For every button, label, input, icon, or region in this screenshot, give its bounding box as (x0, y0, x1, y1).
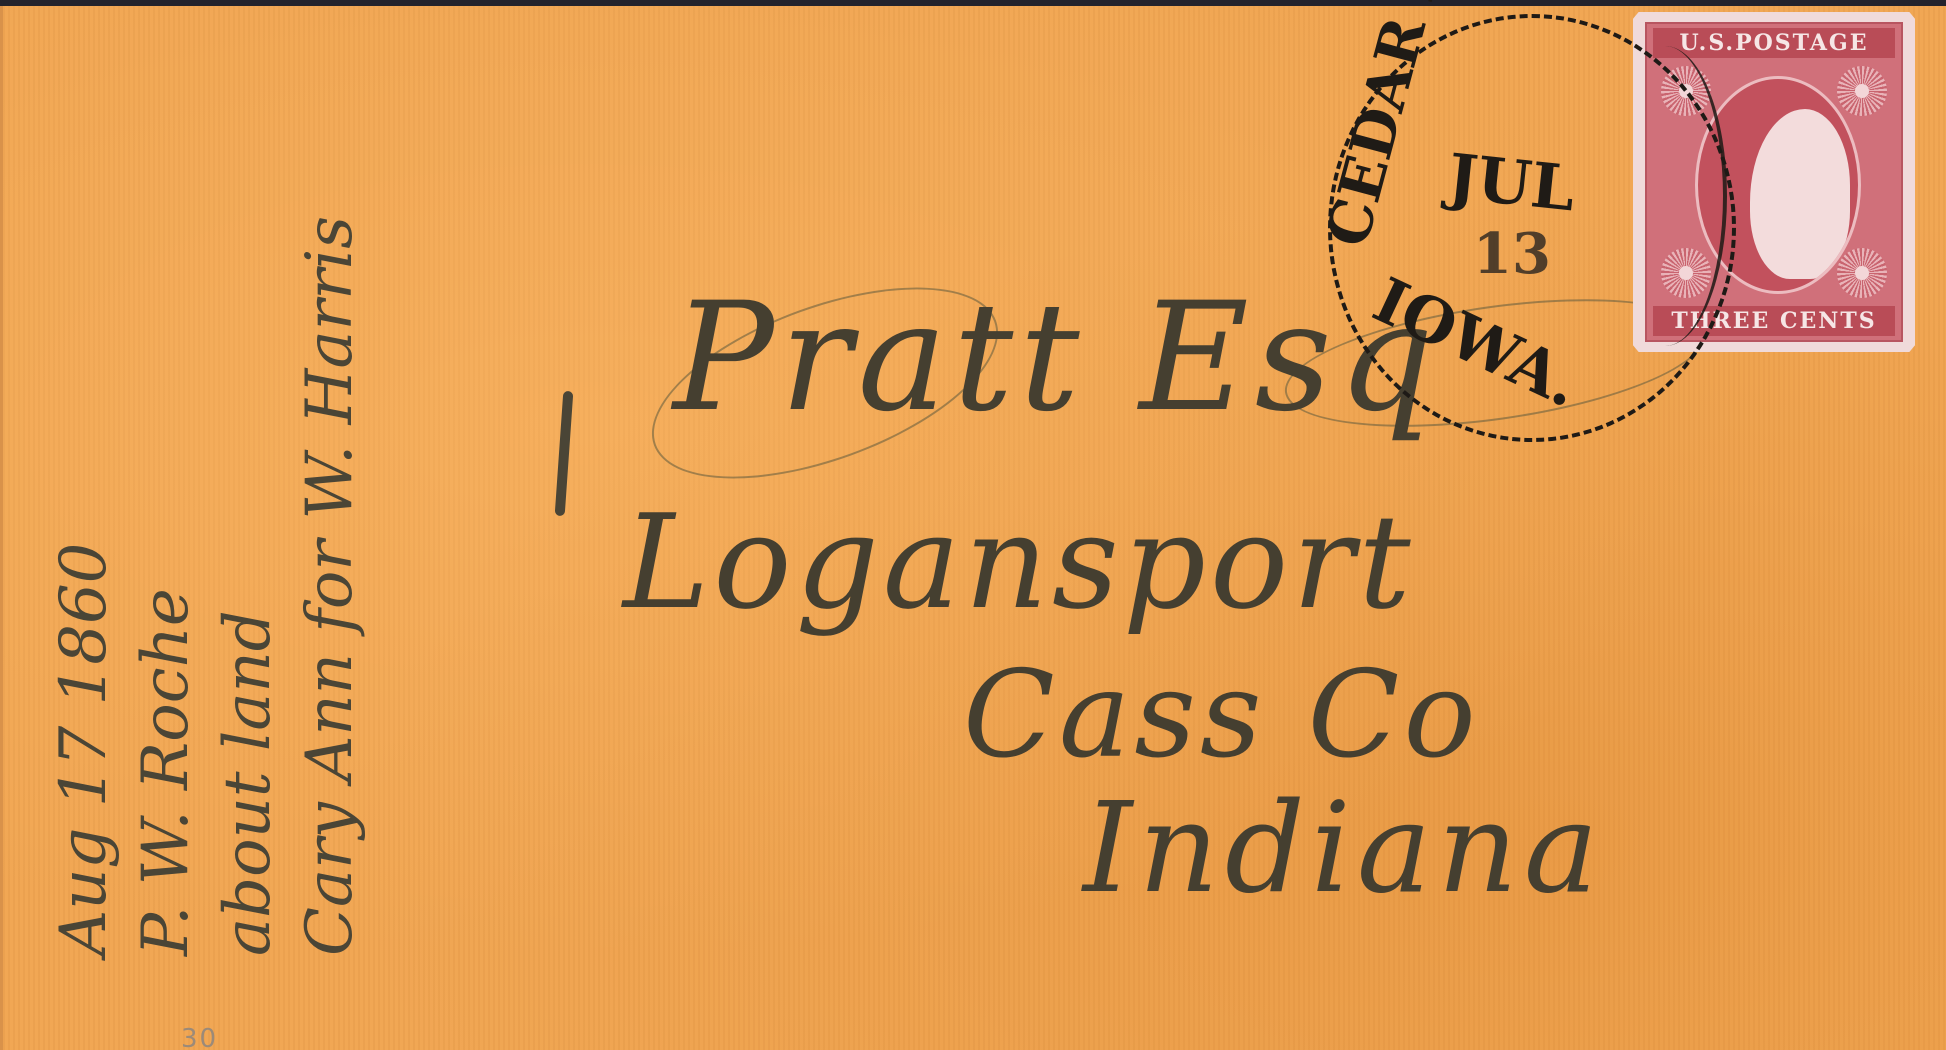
rosette-icon (1837, 248, 1887, 298)
rosette-icon (1837, 66, 1887, 116)
address-state: Indiana (1083, 776, 1604, 921)
address-county: Cass Co (963, 646, 1480, 785)
postmark-cancel-arc (1603, 46, 1727, 346)
docket-line: Cary Ann for W. Harris (289, 216, 371, 956)
pencil-note: 30 (181, 1024, 218, 1050)
stamp-top-label: U.S.POSTAGE (1653, 28, 1895, 58)
postmark-month: JUL (1445, 140, 1579, 226)
washington-portrait-icon (1750, 109, 1850, 279)
ink-dash-mark (555, 391, 574, 516)
addressee-name: Pratt Esq (673, 271, 1440, 445)
docket-note: Aug 17 1860 P. W. Roche about land Cary … (43, 216, 371, 956)
docket-line: Aug 17 1860 (43, 216, 125, 956)
envelope: Aug 17 1860 P. W. Roche about land Cary … (0, 6, 1946, 1050)
postmark-day: 13 (1473, 221, 1551, 287)
address-city: Logansport (623, 486, 1415, 638)
docket-line: about land (207, 216, 289, 956)
docket-line: P. W. Roche (125, 216, 207, 956)
